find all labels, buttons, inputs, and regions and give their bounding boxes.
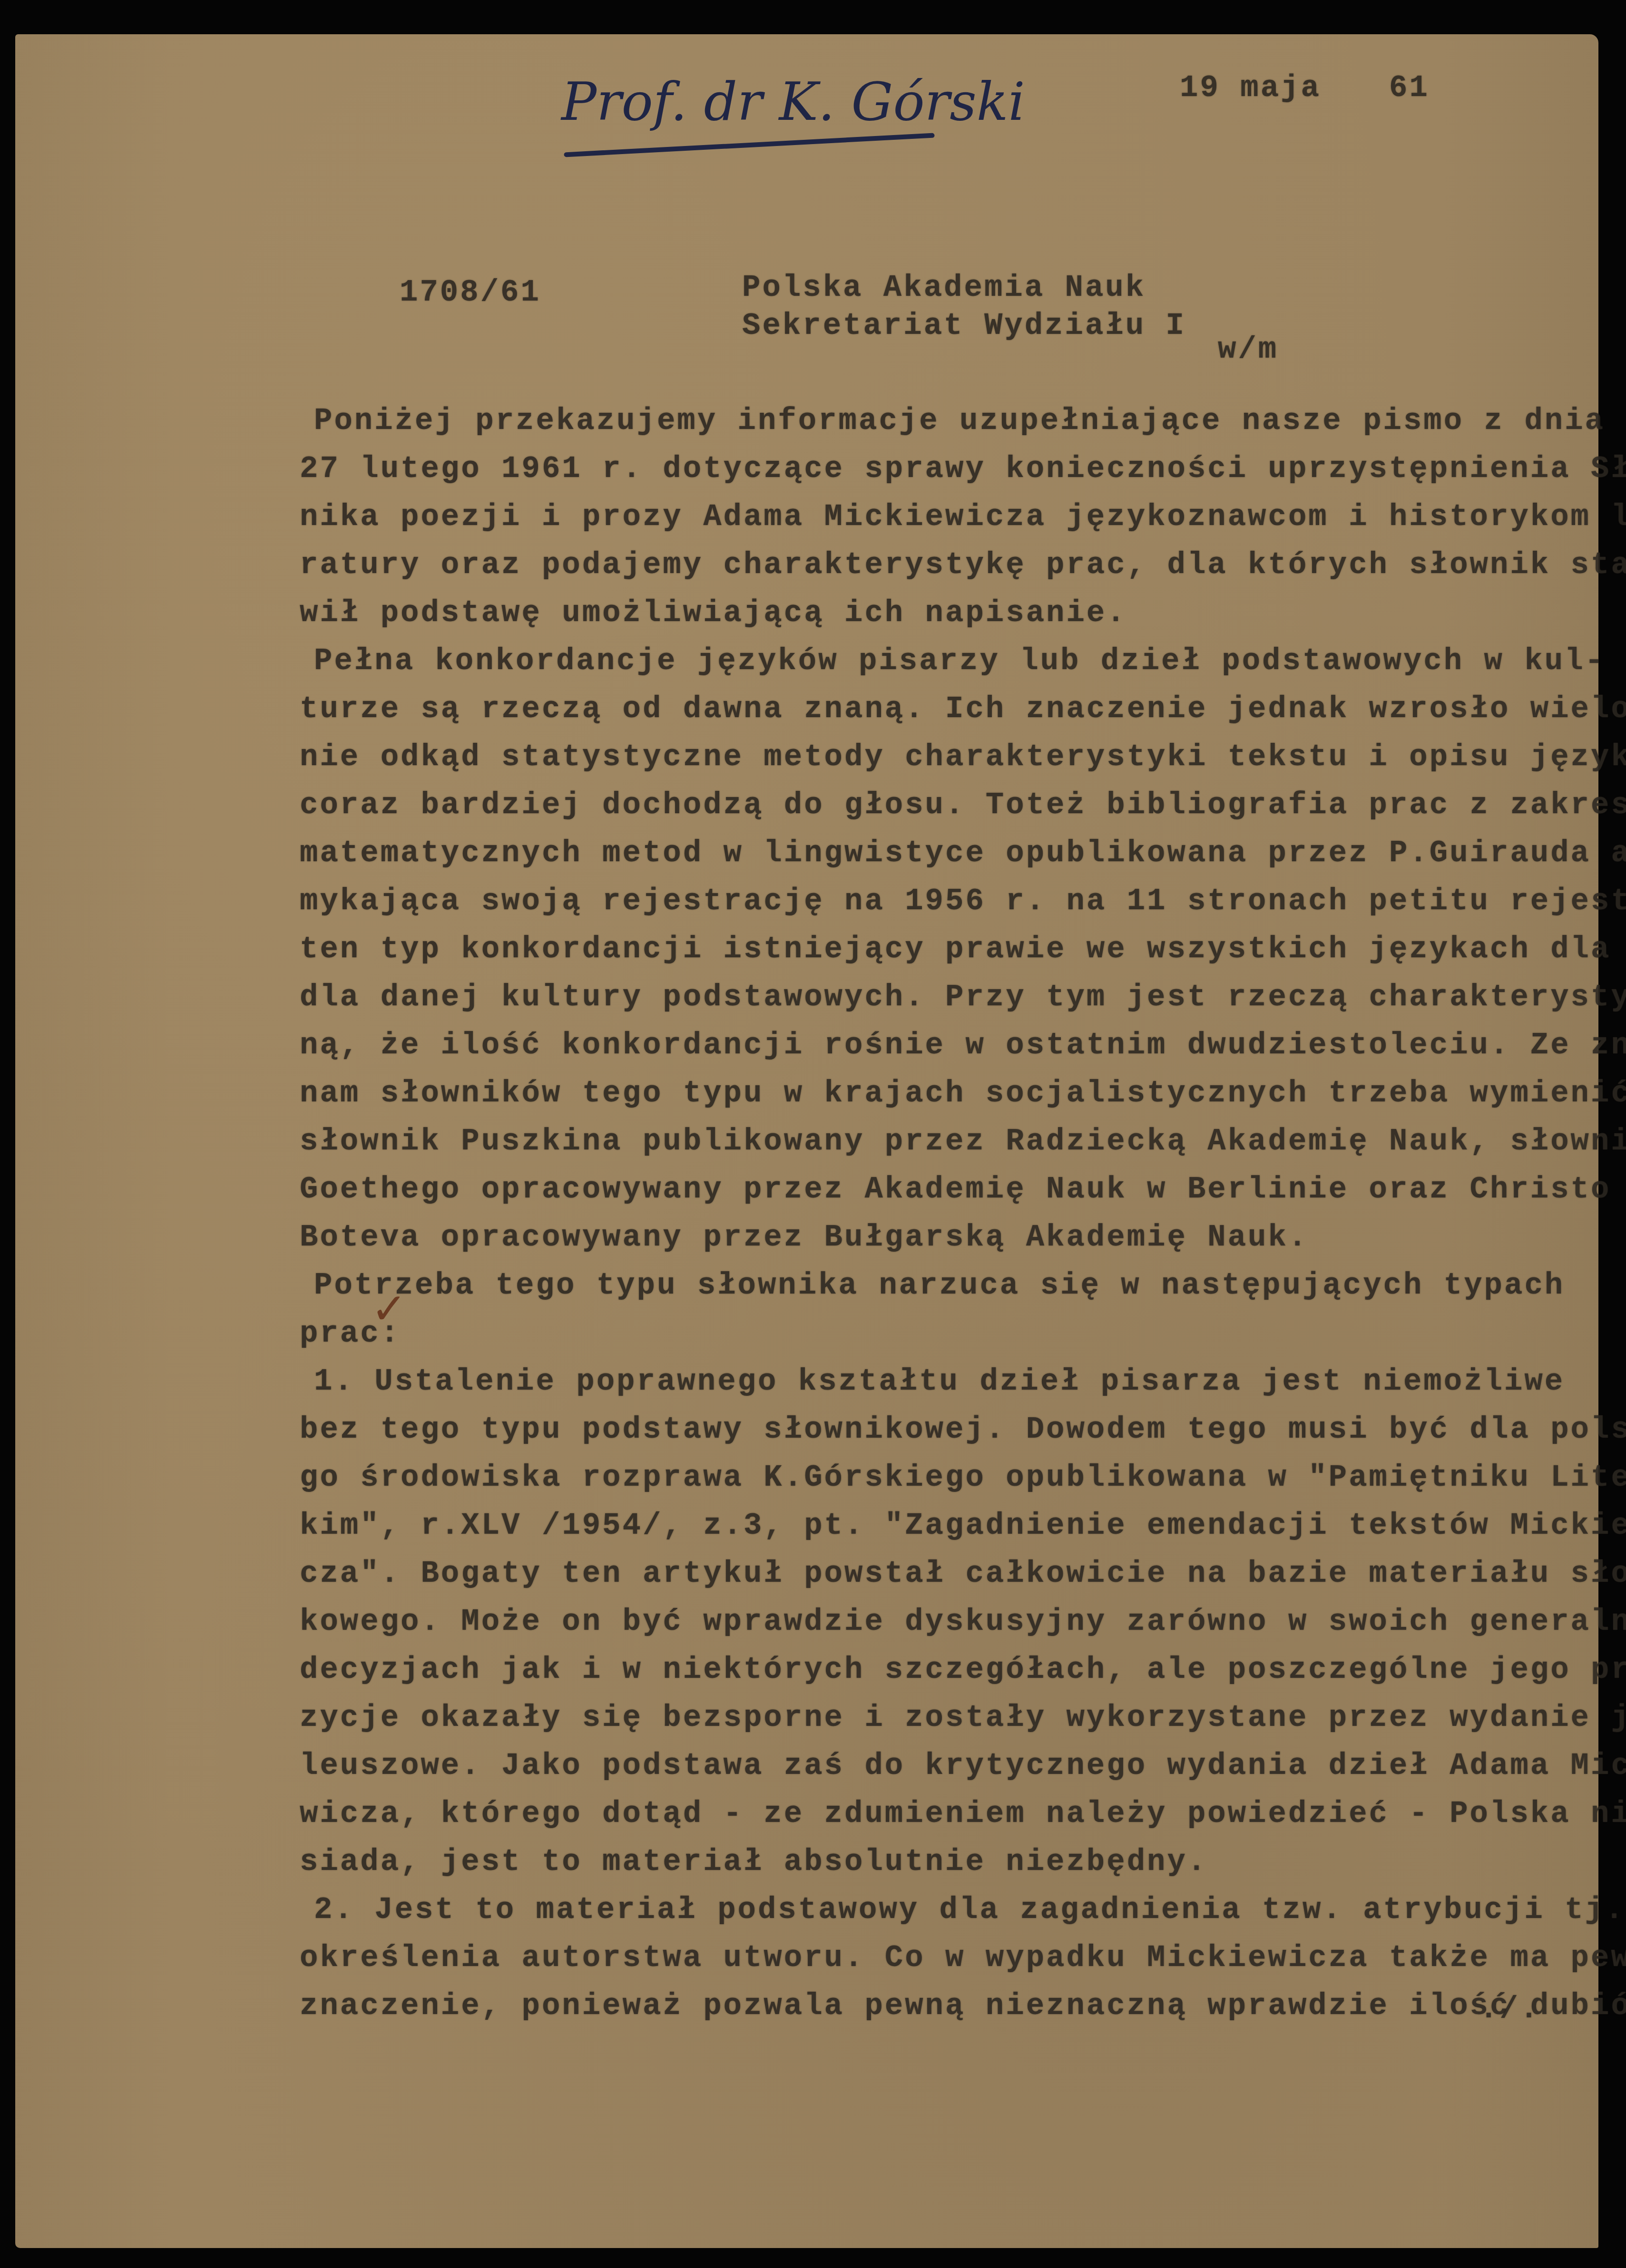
handwritten-annotation: Prof. dr K. Górski xyxy=(561,71,1025,132)
body-line: ratury oraz podajemy charakterystykę pra… xyxy=(300,548,1626,583)
body-line: Goethego opracowywany przez Akademię Nau… xyxy=(300,1173,1611,1207)
body-line: nika poezji i prozy Adama Mickiewicza ję… xyxy=(300,500,1626,535)
body-line: bez tego typu podstawy słownikowej. Dowo… xyxy=(300,1413,1626,1447)
recipient-line-2: Sekretariat Wydziału I xyxy=(742,309,1186,343)
body-line: kowego. Może on być wprawdzie dyskusyjny… xyxy=(300,1605,1626,1639)
body-line: znaczenie, ponieważ pozwala pewną niezna… xyxy=(300,1989,1626,2024)
body-line: ten typ konkordancji istniejący prawie w… xyxy=(300,933,1626,967)
body-line: Poniżej przekazujemy informacje uzupełni… xyxy=(314,404,1605,438)
recipient-line-1: Polska Akademia Nauk xyxy=(742,271,1146,305)
body-line: leuszowe. Jako podstawa zaś do krytyczne… xyxy=(300,1749,1626,1783)
body-line: Potrzeba tego typu słownika narzuca się … xyxy=(314,1269,1565,1303)
body-line: turze są rzeczą od dawna znaną. Ich znac… xyxy=(300,692,1626,727)
body-line: określenia autorstwa utworu. Co w wypadk… xyxy=(300,1941,1626,1976)
body-line: 2. Jest to materiał podstawowy dla zagad… xyxy=(314,1893,1625,1927)
letter-year: 61 xyxy=(1389,71,1430,106)
body-line: siada, jest to materiał absolutnie niezb… xyxy=(300,1845,1207,1879)
body-line: dla danej kultury podstawowych. Przy tym… xyxy=(300,981,1626,1015)
body-line: go środowiska rozprawa K.Górskiego opubl… xyxy=(300,1461,1626,1495)
body-line: zycje okazały się bezsporne i zostały wy… xyxy=(300,1701,1626,1735)
body-line: 27 lutego 1961 r. dotyczące sprawy konie… xyxy=(300,452,1626,487)
body-line: Boteva opracowywany przez Bułgarską Akad… xyxy=(300,1221,1308,1255)
body-line: kim", r.XLV /1954/, z.3, pt. "Zagadnieni… xyxy=(300,1509,1626,1543)
letter-date: 19 maja xyxy=(1180,71,1321,106)
continuation-mark: ./. xyxy=(1479,1993,1540,2027)
body-line: coraz bardziej dochodzą do głosu. Toteż … xyxy=(300,788,1626,823)
body-line: wicza, którego dotąd - ze zdumieniem nal… xyxy=(300,1797,1626,1831)
reference-number: 1708/61 xyxy=(400,276,541,310)
body-line: matematycznych metod w lingwistyce opubl… xyxy=(300,837,1626,871)
body-line: nie odkąd statystyczne metody charaktery… xyxy=(300,740,1626,775)
body-line: mykająca swoją rejestrację na 1956 r. na… xyxy=(300,885,1626,919)
body-line: cza". Bogaty ten artykuł powstał całkowi… xyxy=(300,1557,1626,1591)
body-line: Pełna konkordancje języków pisarzy lub d… xyxy=(314,644,1605,679)
body-line: nam słowników tego typu w krajach socjal… xyxy=(300,1077,1626,1111)
body-line: 1. Ustalenie poprawnego kształtu dzieł p… xyxy=(314,1365,1565,1399)
body-line: słownik Puszkina publikowany przez Radzi… xyxy=(300,1125,1626,1159)
recipient-note: w/m xyxy=(1218,333,1278,367)
checkmark-icon: ✓ xyxy=(371,1284,407,1334)
body-line: wił podstawę umożliwiającą ich napisanie… xyxy=(300,596,1127,631)
body-line: ną, że ilość konkordancji rośnie w ostat… xyxy=(300,1029,1626,1063)
body-line: decyzjach jak i w niektórych szczegółach… xyxy=(300,1653,1626,1687)
